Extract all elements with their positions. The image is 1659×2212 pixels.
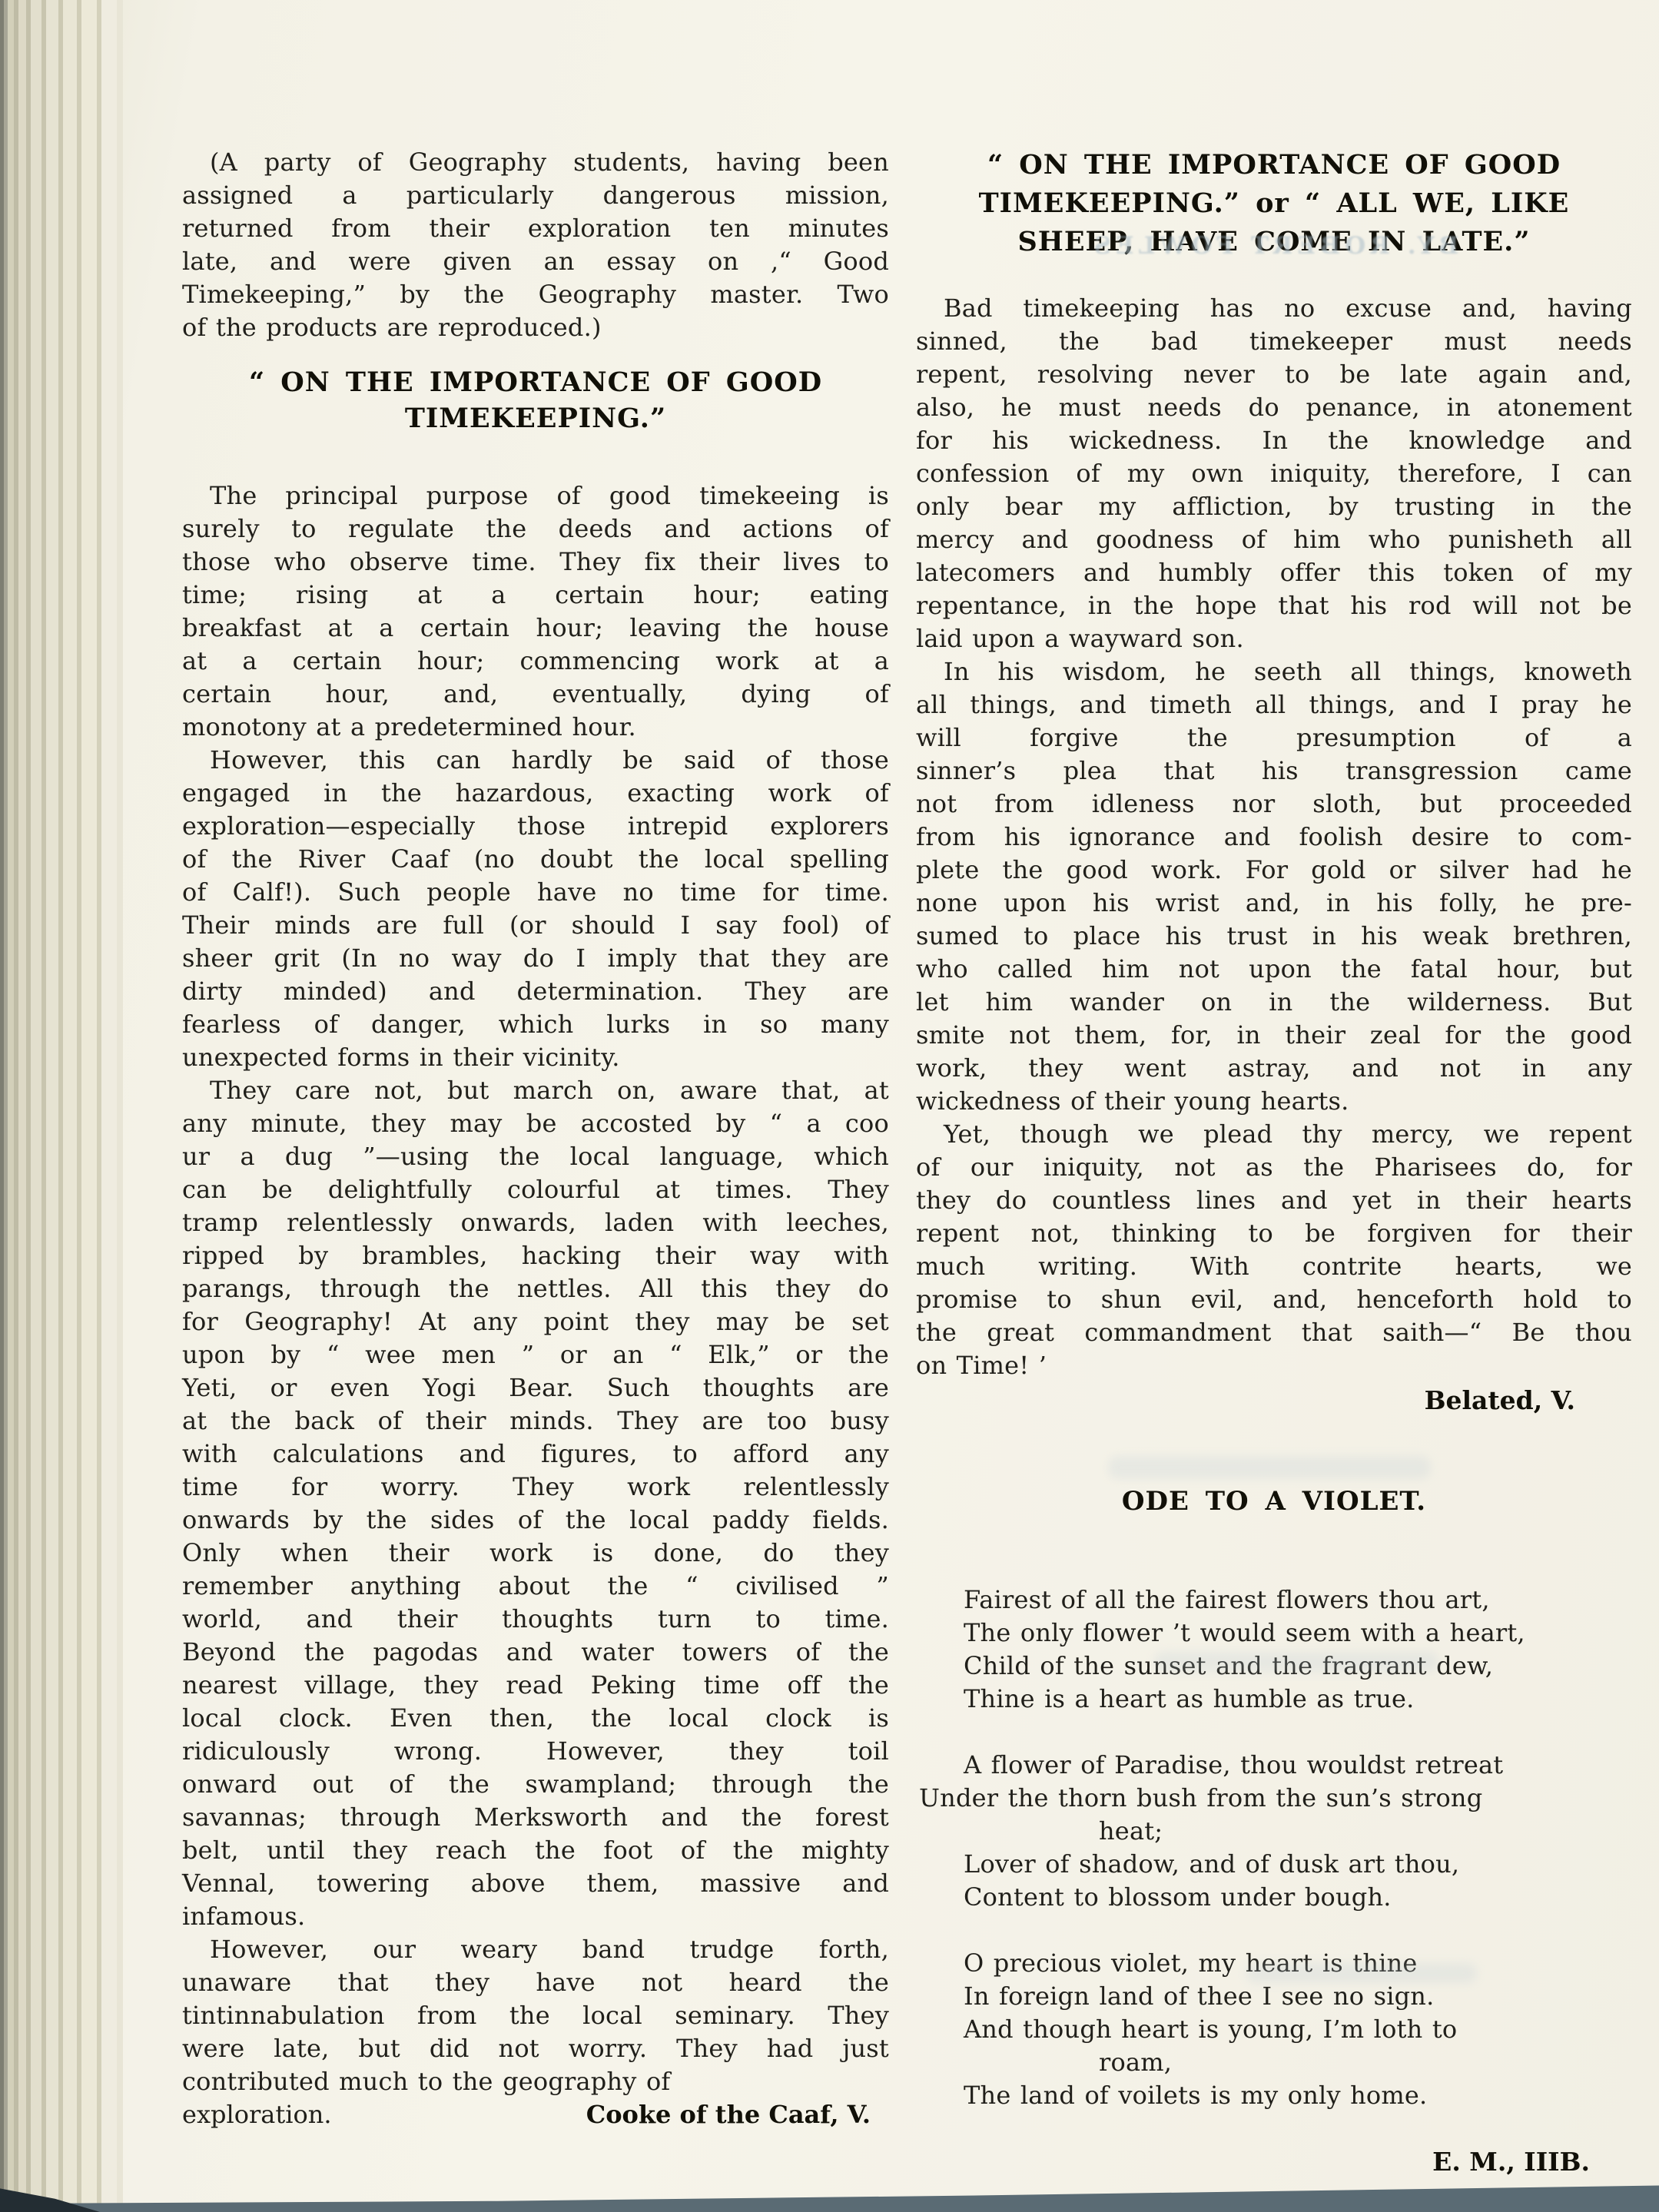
paragraph: However, this can hardly be said of thos…: [182, 744, 889, 1074]
text-line: sheer grit (In no way do I imply that th…: [182, 942, 889, 975]
text-line: the great commandment that saith—“ Be th…: [916, 1316, 1632, 1349]
poem-line: Under the thorn bush from the sun’s stro…: [916, 1782, 1632, 1815]
poem-line: The only flower ’t would seem with a hea…: [916, 1617, 1632, 1650]
text-line: ridiculously wrong. However, they toil: [182, 1735, 889, 1768]
text-line: will forgive the presumption of a: [916, 721, 1632, 754]
text-line: Only when their work is done, do they: [182, 1537, 889, 1570]
text-line: nearest village, they read Peking time o…: [182, 1669, 889, 1702]
text-line: mercy and goodness of him who punisheth …: [916, 523, 1632, 556]
poem-line: Fairest of all the fairest flowers thou …: [916, 1584, 1632, 1617]
text-line: (A party of Geography students, having b…: [182, 146, 889, 179]
poem-line: Child of the sunset and the fragrant dew…: [916, 1650, 1632, 1683]
text-line: sumed to place his trust in his weak bre…: [916, 920, 1632, 953]
heading-line: “ ON THE IMPORTANCE OF GOOD: [916, 146, 1632, 184]
signature-row: exploration.Cooke of the Caaf, V.: [182, 2098, 889, 2131]
text-line: of the River Caaf (no doubt the local sp…: [182, 843, 889, 876]
text-line: on Time! ’: [916, 1349, 1632, 1382]
text-line: tintinnabulation from the local seminary…: [182, 1999, 889, 2032]
heading-line: TIMEKEEPING.” or “ ALL WE, LIKE: [916, 184, 1632, 223]
poem-title: ODE TO A VIOLET.: [916, 1484, 1632, 1519]
text-line: much writing. With contrite hearts, we: [916, 1250, 1632, 1283]
text-line: returned from their exploration ten minu…: [182, 212, 889, 245]
text-line: at a certain hour; commencing work at a: [182, 645, 889, 678]
essay-two-heading: “ ON THE IMPORTANCE OF GOODTIMEKEEPING.”…: [916, 146, 1632, 261]
text-line: at the back of their minds. They are too…: [182, 1404, 889, 1438]
text-line: laid upon a wayward son.: [916, 622, 1632, 655]
text-line: monotony at a predetermined hour.: [182, 711, 889, 744]
heading-line: SHEEP, HAVE COME IN LATE.”: [916, 223, 1632, 261]
text-line: savannas; through Merksworth and the for…: [182, 1801, 889, 1834]
text-line: for his wickedness. In the knowledge and: [916, 424, 1632, 457]
text-line: sinner’s plea that his transgression cam…: [916, 754, 1632, 788]
poem-line: In foreign land of thee I see no sign.: [916, 1980, 1632, 2013]
text-line: they do countless lines and yet in their…: [916, 1184, 1632, 1217]
text-line: were late, but did not worry. They had j…: [182, 2032, 889, 2065]
text-line: repent, resolving never to be late again…: [916, 358, 1632, 391]
right-column: BY. ROBERT FOWLES “ ON THE IMPORTANCE OF…: [916, 0, 1632, 2212]
intro-paragraph: (A party of Geography students, having b…: [182, 146, 889, 344]
text-line: of the products are reproduced.): [182, 311, 889, 344]
text-line: time; rising at a certain hour; eating: [182, 579, 889, 612]
text-line: who called him not upon the fatal hour, …: [916, 953, 1632, 986]
poem-line: O precious violet, my heart is thine: [916, 1947, 1632, 1980]
paragraph: They care not, but march on, aware that,…: [182, 1074, 889, 1933]
text-line: surely to regulate the deeds and actions…: [182, 512, 889, 546]
text-line: only bear my affliction, by trusting in …: [916, 490, 1632, 523]
text-line: onward out of the swampland; through the: [182, 1768, 889, 1801]
text-line: let him wander on in the wilderness. But: [916, 986, 1632, 1019]
poem-line: Content to blossom under bough.: [916, 1881, 1632, 1914]
text-line: of Calf!). Such people have no time for …: [182, 876, 889, 909]
scanned-magazine-page: (A party of Geography students, having b…: [0, 0, 1659, 2212]
poem-line: heat;: [916, 1815, 1632, 1848]
text-line: ripped by brambles, hacking their way wi…: [182, 1239, 889, 1272]
text-line: contributed much to the geography of: [182, 2065, 889, 2098]
text-line: all things, and timeth all things, and I…: [916, 688, 1632, 721]
essay-one-heading: “ ON THE IMPORTANCE OF GOODTIMEKEEPING.”: [182, 364, 889, 436]
text-line: confession of my own iniquity, therefore…: [916, 457, 1632, 490]
paragraph: Bad timekeeping has no excuse and, havin…: [916, 292, 1632, 655]
text-line: sinned, the bad timekeeper must needs: [916, 325, 1632, 358]
text-line: In his wisdom, he seeth all things, know…: [916, 655, 1632, 688]
text-line: exploration.: [182, 2098, 331, 2131]
poem-line: A flower of Paradise, thou wouldst retre…: [916, 1749, 1632, 1782]
poem-line: Thine is a heart as humble as true.: [916, 1683, 1632, 1716]
author-signature: E. M., IIIB.: [916, 2145, 1632, 2178]
text-line: breakfast at a certain hour; leaving the…: [182, 612, 889, 645]
text-line: time for worry. They work relentlessly: [182, 1471, 889, 1504]
text-line: latecomers and humbly offer this token o…: [916, 556, 1632, 589]
text-line: repent not, thinking to be forgiven for …: [916, 1217, 1632, 1250]
text-line: infamous.: [182, 1900, 889, 1933]
text-line: can be delightfully colourful at times. …: [182, 1173, 889, 1206]
text-line: world, and their thoughts turn to time.: [182, 1603, 889, 1636]
stanza: O precious violet, my heart is thineIn f…: [916, 1947, 1632, 2112]
text-line: any minute, they may be accosted by “ a …: [182, 1107, 889, 1140]
text-line: Vennal, towering above them, massive and: [182, 1867, 889, 1900]
text-line: Timekeeping,” by the Geography master. T…: [182, 278, 889, 311]
author-signature: Belated, V.: [916, 1384, 1632, 1417]
text-line: plete the good work. For gold or silver …: [916, 854, 1632, 887]
left-column: (A party of Geography students, having b…: [182, 0, 889, 2212]
text-line: those who observe time. They fix their l…: [182, 546, 889, 579]
text-line: not from idleness nor sloth, but proceed…: [916, 788, 1632, 821]
text-line: fearless of danger, which lurks in so ma…: [182, 1008, 889, 1041]
poem-line: roam,: [916, 2046, 1632, 2079]
text-line: promise to shun evil, and, henceforth ho…: [916, 1283, 1632, 1316]
poem-line: Lover of shadow, and of dusk art thou,: [916, 1848, 1632, 1881]
text-line: certain hour, and, eventually, dying of: [182, 678, 889, 711]
text-line: However, our weary band trudge forth,: [182, 1933, 889, 1966]
author-signature: Cooke of the Caaf, V.: [586, 2098, 871, 2131]
text-line: Yet, though we plead thy mercy, we repen…: [916, 1118, 1632, 1151]
text-line: engaged in the hazardous, exacting work …: [182, 777, 889, 810]
book-page-edges: [0, 0, 127, 2212]
text-line: unexpected forms in their vicinity.: [182, 1041, 889, 1074]
text-line: wickedness of their young hearts.: [916, 1085, 1632, 1118]
text-line: Their minds are full (or should I say fo…: [182, 909, 889, 942]
text-line: The principal purpose of good timekeeing…: [182, 479, 889, 512]
text-line: with calculations and figures, to afford…: [182, 1438, 889, 1471]
paragraph: Yet, though we plead thy mercy, we repen…: [916, 1118, 1632, 1382]
text-line: dirty minded) and determination. They ar…: [182, 975, 889, 1008]
text-line: upon by “ wee men ” or an “ Elk,” or the: [182, 1338, 889, 1371]
text-line: late, and were given an essay on ,“ Good: [182, 245, 889, 278]
heading-line: “ ON THE IMPORTANCE OF GOOD: [182, 364, 889, 400]
heading-line: TIMEKEEPING.”: [182, 400, 889, 436]
text-line: parangs, through the nettles. All this t…: [182, 1272, 889, 1305]
text-line: none upon his wrist and, in his folly, h…: [916, 887, 1632, 920]
text-line: ur a dug ”—using the local language, whi…: [182, 1140, 889, 1173]
text-line: remember anything about the “ civilised …: [182, 1570, 889, 1603]
paragraph: The principal purpose of good timekeeing…: [182, 479, 889, 744]
text-line: local clock. Even then, the local clock …: [182, 1702, 889, 1735]
text-line: assigned a particularly dangerous missio…: [182, 179, 889, 212]
text-line: also, he must needs do penance, in atone…: [916, 391, 1632, 424]
text-line: Beyond the pagodas and water towers of t…: [182, 1636, 889, 1669]
paragraph: However, our weary band trudge forth,una…: [182, 1933, 889, 2098]
text-line: Bad timekeeping has no excuse and, havin…: [916, 292, 1632, 325]
text-line: for Geography! At any point they may be …: [182, 1305, 889, 1338]
text-line: They care not, but march on, aware that,…: [182, 1074, 889, 1107]
text-line: smite not them, for, in their zeal for t…: [916, 1019, 1632, 1052]
text-line: Yeti, or even Yogi Bear. Such thoughts a…: [182, 1371, 889, 1404]
text-line: onwards by the sides of the local paddy …: [182, 1504, 889, 1537]
text-line: tramp relentlessly onwards, laden with l…: [182, 1206, 889, 1239]
text-line: from his ignorance and foolish desire to…: [916, 821, 1632, 854]
stanza: A flower of Paradise, thou wouldst retre…: [916, 1749, 1632, 1914]
show-through-smudge: [1108, 1456, 1431, 1479]
poem-line: And though heart is young, I’m loth to: [916, 2013, 1632, 2046]
text-line: unaware that they have not heard the: [182, 1966, 889, 1999]
paragraph: In his wisdom, he seeth all things, know…: [916, 655, 1632, 1118]
text-line: repentance, in the hope that his rod wil…: [916, 589, 1632, 622]
text-line: However, this can hardly be said of thos…: [182, 744, 889, 777]
poem-line: The land of voilets is my only home.: [916, 2079, 1632, 2112]
text-line: exploration—especially those intrepid ex…: [182, 810, 889, 843]
text-line: belt, until they reach the foot of the m…: [182, 1834, 889, 1867]
text-line: work, they went astray, and not in any: [916, 1052, 1632, 1085]
text-line: of our iniquity, not as the Pharisees do…: [916, 1151, 1632, 1184]
stanza: Fairest of all the fairest flowers thou …: [916, 1584, 1632, 1716]
